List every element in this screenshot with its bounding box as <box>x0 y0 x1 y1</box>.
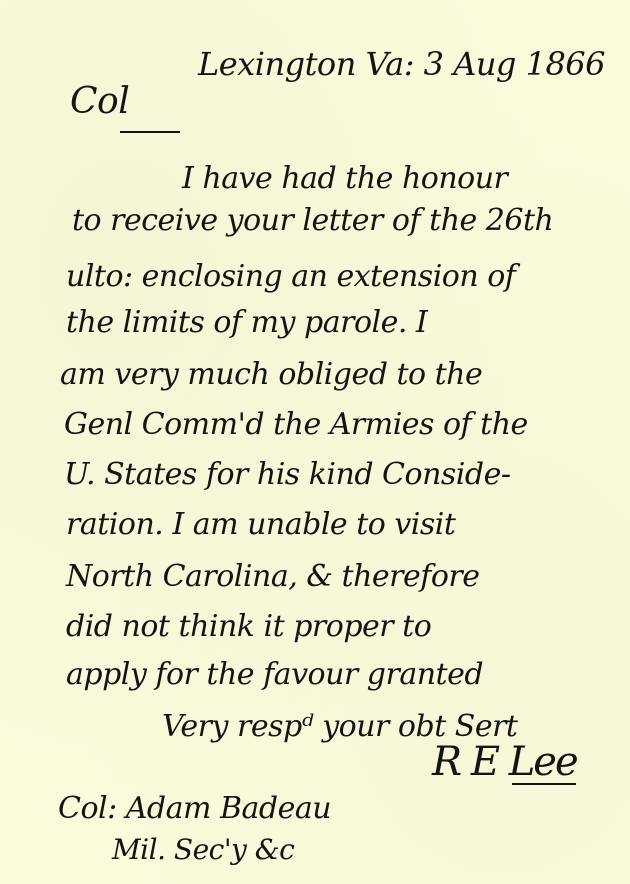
body-line-4: the limits of my parole. I <box>66 308 427 338</box>
body-line-8: ration. I am unable to visit <box>66 510 455 540</box>
body-line-1: I have had the honour <box>182 164 507 194</box>
body-line-7: U. States for his kind Conside- <box>64 460 510 490</box>
dateline: Lexington Va: 3 Aug 1866 <box>198 48 605 80</box>
salutation: Col <box>70 84 129 120</box>
body-line-2: to receive your letter of the 26th <box>72 206 553 236</box>
letter-page: Lexington Va: 3 Aug 1866 Col I have had … <box>0 0 630 884</box>
signature-underline <box>512 783 576 785</box>
body-line-3: ulto: enclosing an extension of <box>66 262 515 292</box>
addressee-line-1: Col: Adam Badeau <box>58 794 331 824</box>
body-line-10: did not think it proper to <box>66 612 431 642</box>
body-line-11: apply for the favour granted <box>66 660 483 690</box>
addressee-line-2: Mil. Sec'y &c <box>112 836 294 864</box>
body-line-9: North Carolina, & therefore <box>66 562 480 592</box>
salutation-underline <box>120 131 180 133</box>
body-line-5: am very much obliged to the <box>60 360 482 390</box>
body-line-6: Genl Comm'd the Armies of the <box>64 410 528 440</box>
closing: Very respᵈ your obt Sert <box>162 712 518 742</box>
signature: R E Lee <box>432 742 577 782</box>
